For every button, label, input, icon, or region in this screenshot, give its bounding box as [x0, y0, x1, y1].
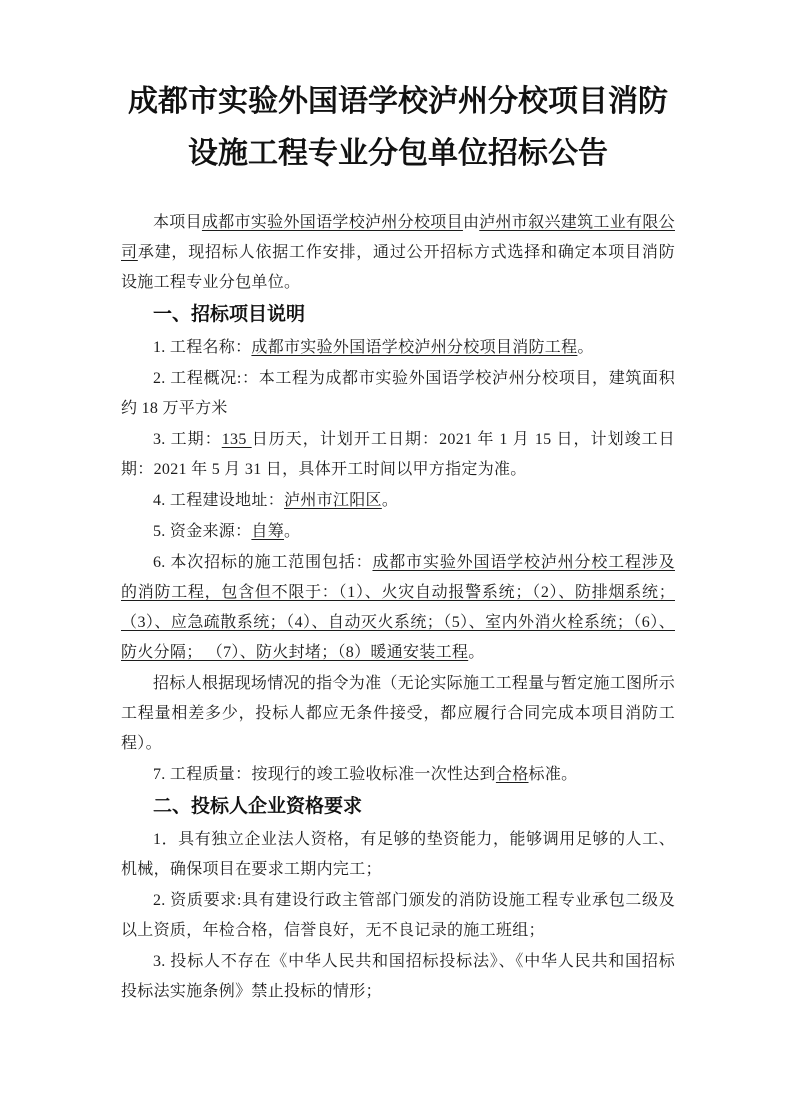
text-run: 承建，现招标人依据工作安排，通过公开招标方式选择和确定本项目消防设施工程专业分包…: [121, 244, 675, 291]
note-paragraph: 招标人根据现场情况的指令为准（无论实际施工工程量与暂定施工图所示工程量相差多少，…: [121, 669, 675, 759]
underline-run-project-name: 成都市实验外国语学校泸州分校项目: [202, 214, 463, 231]
section-2-heading: 二、投标人企业资格要求: [121, 792, 675, 822]
text-run: 7. 工程质量：按现行的竣工验收标准一次性达到: [153, 766, 496, 783]
item-5-funding-source: 5. 资金来源：自筹。: [121, 517, 675, 547]
text-run: 。: [382, 492, 398, 509]
title-line-2: 设施工程专业分包单位招标公告: [188, 137, 608, 170]
text-run: 5. 资金来源：: [153, 523, 251, 540]
item-2-project-overview: 2. 工程概况:：本工程为成都市实验外国语学校泸州分校项目，建筑面积约 18 万…: [121, 364, 675, 424]
underline-run-address: 泸州市江阳区: [284, 492, 382, 509]
text-run: 。: [284, 523, 300, 540]
item-4-project-address: 4. 工程建设地址：泸州市江阳区。: [121, 486, 675, 516]
item-3-construction-period: 3. 工期：135 日历天，计划开工日期：2021 年 1 月 15 日，计划竣…: [121, 425, 675, 485]
title-line-1: 成都市实验外国语学校泸州分校项目消防: [128, 85, 668, 118]
text-run: 由: [463, 214, 479, 231]
text-run: 2. 工程概况:：本工程为成都市实验外国语学校泸州分校项目，建筑面积约 18 万…: [121, 370, 675, 417]
text-run: 。: [577, 339, 593, 356]
text-run: 3. 投标人不存在《中华人民共和国招标投标法》、《中华人民共和国招标投标法实施条…: [121, 953, 675, 1000]
requirement-1-legal-person: 1．具有独立企业法人资格，有足够的垫资能力，能够调用足够的人工、机械，确保项目在…: [121, 825, 675, 885]
text-run: 3. 工期：: [153, 431, 222, 448]
intro-paragraph: 本项目成都市实验外国语学校泸州分校项目由泸州市叙兴建筑工业有限公司承建，现招标人…: [121, 208, 675, 298]
text-run: 6. 本次招标的施工范围包括：: [153, 554, 372, 571]
underline-run-funding: 自筹: [251, 523, 284, 540]
text-run: 4. 工程建设地址：: [153, 492, 284, 509]
item-6-construction-scope: 6. 本次招标的施工范围包括：成都市实验外国语学校泸州分校工程涉及的消防工程，包…: [121, 548, 675, 668]
text-run: 。: [468, 644, 484, 661]
document-page: 成都市实验外国语学校泸州分校项目消防设施工程专业分包单位招标公告 本项目成都市实…: [0, 0, 794, 1108]
underline-run-qualified: 合格: [496, 766, 529, 783]
requirement-2-qualification: 2. 资质要求:具有建设行政主管部门颁发的消防设施工程专业承包二级及以上资质，年…: [121, 886, 675, 946]
requirement-3-law-compliance: 3. 投标人不存在《中华人民共和国招标投标法》、《中华人民共和国招标投标法实施条…: [121, 947, 675, 1007]
underline-run-days: 135: [222, 431, 252, 448]
text-run: 本项目: [153, 214, 202, 231]
underline-run-work-name: 成都市实验外国语学校泸州分校项目消防工程: [251, 339, 577, 356]
item-7-project-quality: 7. 工程质量：按现行的竣工验收标准一次性达到合格标准。: [121, 760, 675, 790]
section-1-heading: 一、招标项目说明: [121, 300, 675, 330]
document-title: 成都市实验外国语学校泸州分校项目消防设施工程专业分包单位招标公告: [121, 76, 675, 180]
text-run: 标准。: [529, 766, 578, 783]
item-1-project-name: 1. 工程名称：成都市实验外国语学校泸州分校项目消防工程。: [121, 333, 675, 363]
text-run: 2. 资质要求:具有建设行政主管部门颁发的消防设施工程专业承包二级及以上资质，年…: [121, 892, 675, 939]
text-run: 1. 工程名称：: [153, 339, 251, 356]
text-run: 1．具有独立企业法人资格，有足够的垫资能力，能够调用足够的人工、机械，确保项目在…: [121, 831, 675, 878]
text-run: 招标人根据现场情况的指令为准（无论实际施工工程量与暂定施工图所示工程量相差多少，…: [121, 675, 675, 752]
